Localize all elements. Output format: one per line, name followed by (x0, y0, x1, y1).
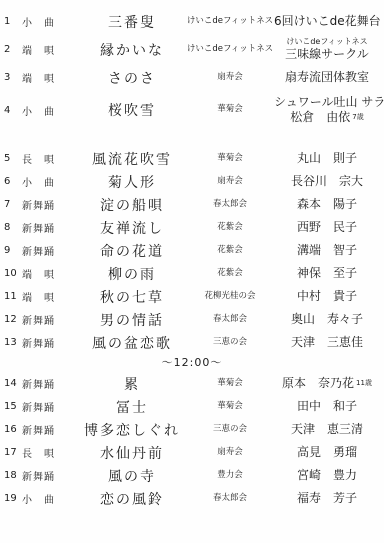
program-row: 17長 唄水仙丹前扇寿会高見 勇瑠 (0, 441, 384, 464)
performer-name: 神保 至子 (274, 266, 380, 281)
piece-title: 友禅流し (78, 218, 186, 238)
program-row: 4小 曲桜吹雪華菊会シュワール吐山 サラ菊8歳松倉 由依7歳 (0, 89, 384, 131)
performer-name-line: 松倉 由依7歳 (274, 110, 380, 125)
piece-title: 三番叟 (78, 12, 186, 32)
performer-name-text: 6回けいこde花舞台 (274, 14, 381, 28)
performer-name-text: 福寿 芳子 (297, 491, 357, 505)
performer-name-text: 奥山 寿々子 (291, 312, 363, 326)
program-row: 8新舞踊友禅流し花紫会西野 民子 (0, 216, 384, 239)
program-row: 7新舞踊淀の船唄春太郎会森本 陽子 (0, 193, 384, 216)
group-name: けいこdeフィットネス (186, 17, 274, 26)
performer-name: 高見 勇瑠 (274, 445, 380, 460)
intermission-time: ～12:00～ (0, 354, 384, 372)
performer-name-text: 天津 恵三清 (291, 422, 363, 436)
group-name: 春太郎会 (186, 494, 274, 503)
performer-name: 福寿 芳子 (274, 491, 380, 506)
piece-title: 桜吹雪 (78, 100, 186, 120)
performer-name: 扇寿流団体教室 (274, 70, 380, 85)
performer-age: 11歳 (356, 379, 372, 387)
group-name: 扇寿会 (186, 73, 274, 82)
performer-name: 中村 貴子 (274, 289, 380, 304)
program-row: 2端 唄縁かいなけいこdeフィットネスけいこdeフィットネス三味線サークル (0, 33, 384, 66)
genre-label: 小 曲 (22, 491, 78, 506)
program-row: 6小 曲菊人形扇寿会長谷川 宗大 (0, 170, 384, 193)
entry-number: 17 (4, 447, 22, 458)
piece-title: 秋の七草 (78, 287, 186, 307)
performer-name-line: 長谷川 宗大 (274, 174, 380, 189)
performer-name-text: けいこdeフィットネス (286, 37, 367, 46)
group-name: 春太郎会 (186, 200, 274, 209)
genre-label: 新舞踊 (22, 422, 78, 437)
piece-title: 男の情話 (78, 310, 186, 330)
group-name: 華菊会 (186, 402, 274, 411)
performer-name: 田中 和子 (274, 399, 380, 414)
performer-name-line: 天津 恵三清 (274, 422, 380, 437)
performer-name-line: 高見 勇瑠 (274, 445, 380, 460)
performer-name: 長谷川 宗大 (274, 174, 380, 189)
performer-age: 7歳 (352, 113, 363, 121)
performer-name: 西野 民子 (274, 220, 380, 235)
entry-number: 8 (4, 222, 22, 233)
performer-name-text: 原本 奈乃花 (282, 376, 354, 390)
genre-label: 新舞踊 (22, 399, 78, 414)
performer-name-line: 奥山 寿々子 (274, 312, 380, 327)
performer-name-text: 溝端 智子 (297, 243, 357, 257)
performer-name: 6回けいこde花舞台 (274, 14, 380, 29)
genre-label: 端 唄 (22, 70, 78, 85)
performer-name-text: 西野 民子 (297, 220, 357, 234)
piece-title: 風の寺 (78, 466, 186, 486)
group-name: 扇寿会 (186, 448, 274, 457)
group-name: 華菊会 (186, 154, 274, 163)
performer-name: 森本 陽子 (274, 197, 380, 212)
entry-number: 14 (4, 378, 22, 389)
performer-name-line: シュワール吐山 サラ菊8歳 (274, 95, 380, 110)
performer-name-line: 扇寿流団体教室 (274, 70, 380, 85)
program-row: 10端 唄柳の雨花紫会神保 至子 (0, 262, 384, 285)
performer-name-line: 福寿 芳子 (274, 491, 380, 506)
performer-name-text: 天津 三恵佳 (291, 335, 363, 349)
piece-title: 恋の風鈴 (78, 489, 186, 509)
program-row: 18新舞踊風の寺豊力会宮崎 豊力 (0, 464, 384, 487)
piece-title: 菊人形 (78, 172, 186, 192)
piece-title: 水仙丹前 (78, 443, 186, 463)
program-row-list: 1小 曲三番叟けいこdeフィットネス6回けいこde花舞台2端 唄縁かいなけいこd… (0, 10, 384, 510)
performer-name: 原本 奈乃花11歳 (274, 376, 380, 391)
genre-label: 端 唄 (22, 266, 78, 281)
program-row: 3端 唄さのさ扇寿会扇寿流団体教室 (0, 66, 384, 89)
performer-name-line: 6回けいこde花舞台 (274, 14, 380, 29)
performer-name-text: 宮崎 豊力 (297, 468, 357, 482)
performer-name: シュワール吐山 サラ菊8歳松倉 由依7歳 (274, 95, 380, 125)
entry-number: 18 (4, 470, 22, 481)
performer-name-text: 神保 至子 (297, 266, 357, 280)
piece-title: 博多恋しぐれ (78, 420, 186, 440)
performer-name-line: 田中 和子 (274, 399, 380, 414)
group-name: 花紫会 (186, 223, 274, 232)
performer-name-text: シュワール吐山 サラ菊 (274, 95, 384, 109)
performer-name: 奥山 寿々子 (274, 312, 380, 327)
genre-label: 小 曲 (22, 14, 78, 29)
program-row: 16新舞踊博多恋しぐれ三恵の会天津 恵三清 (0, 418, 384, 441)
performer-name-text: 森本 陽子 (297, 197, 357, 211)
genre-label: 長 唄 (22, 445, 78, 460)
genre-label: 小 曲 (22, 103, 78, 118)
program-row: 15新舞踊冨士華菊会田中 和子 (0, 395, 384, 418)
performer-name-text: 高見 勇瑠 (297, 445, 357, 459)
piece-title: 風の盆恋歌 (78, 333, 186, 353)
piece-title: さのさ (78, 68, 186, 88)
entry-number: 16 (4, 424, 22, 435)
program-row: 13新舞踊風の盆恋歌三恵の会天津 三恵佳 (0, 331, 384, 354)
performer-name: 天津 恵三清 (274, 422, 380, 437)
group-name: 三恵の会 (186, 338, 274, 347)
piece-title: 縁かいな (78, 40, 186, 60)
performer-name-text: 長谷川 宗大 (291, 174, 363, 188)
performer-name-line: 神保 至子 (274, 266, 380, 281)
entry-number: 19 (4, 493, 22, 504)
entry-number: 3 (4, 72, 22, 83)
group-name: 華菊会 (186, 105, 274, 114)
entry-number: 5 (4, 153, 22, 164)
piece-title: 風流花吹雪 (78, 149, 186, 169)
group-name: 花紫会 (186, 246, 274, 255)
performer-name-line: 森本 陽子 (274, 197, 380, 212)
group-name: けいこdeフィットネス (186, 45, 274, 54)
group-name: 春太郎会 (186, 315, 274, 324)
genre-label: 新舞踊 (22, 243, 78, 258)
performer-name-line: 天津 三恵佳 (274, 335, 380, 350)
entry-number: 15 (4, 401, 22, 412)
program-row: 14新舞踊累華菊会原本 奈乃花11歳 (0, 372, 384, 395)
entry-number: 1 (4, 16, 22, 27)
performer-name: 宮崎 豊力 (274, 468, 380, 483)
piece-title: 淀の船唄 (78, 195, 186, 215)
genre-label: 端 唄 (22, 289, 78, 304)
performer-name: 溝端 智子 (274, 243, 380, 258)
group-name: 華菊会 (186, 379, 274, 388)
performer-name: 丸山 則子 (274, 151, 380, 166)
piece-title: 柳の雨 (78, 264, 186, 284)
performer-name-line: 丸山 則子 (274, 151, 380, 166)
genre-label: 新舞踊 (22, 376, 78, 391)
entry-number: 7 (4, 199, 22, 210)
entry-number: 13 (4, 337, 22, 348)
performer-name: けいこdeフィットネス三味線サークル (274, 37, 380, 62)
group-name: 三恵の会 (186, 425, 274, 434)
piece-title: 累 (78, 374, 186, 394)
group-name: 花紫会 (186, 269, 274, 278)
program-row: 9新舞踊命の花道花紫会溝端 智子 (0, 239, 384, 262)
performer-name-line: 溝端 智子 (274, 243, 380, 258)
program-row: 5長 唄風流花吹雪華菊会丸山 則子 (0, 147, 384, 170)
group-name: 花柳光桂の会 (186, 292, 274, 301)
performer-name-text: 中村 貴子 (297, 289, 357, 303)
performer-name: 天津 三恵佳 (274, 335, 380, 350)
performer-name-line: 宮崎 豊力 (274, 468, 380, 483)
entry-number: 11 (4, 291, 22, 302)
entry-number: 10 (4, 268, 22, 279)
performer-name-text: 松倉 由依 (290, 110, 350, 124)
genre-label: 小 曲 (22, 174, 78, 189)
performer-name-line: 西野 民子 (274, 220, 380, 235)
performer-name-line: 原本 奈乃花11歳 (274, 376, 380, 391)
piece-title: 命の花道 (78, 241, 186, 261)
entry-number: 4 (4, 105, 22, 116)
group-name: 扇寿会 (186, 177, 274, 186)
group-name: 豊力会 (186, 471, 274, 480)
genre-label: 新舞踊 (22, 220, 78, 235)
program-row: 19小 曲恋の風鈴春太郎会福寿 芳子 (0, 487, 384, 510)
entry-number: 9 (4, 245, 22, 256)
genre-label: 端 唄 (22, 42, 78, 57)
performer-name-text: 三味線サークル (285, 47, 369, 61)
entry-number: 6 (4, 176, 22, 187)
program-row: 12新舞踊男の情話春太郎会奥山 寿々子 (0, 308, 384, 331)
performer-name-line: けいこdeフィットネス (274, 37, 380, 47)
genre-label: 新舞踊 (22, 197, 78, 212)
program-page: 1小 曲三番叟けいこdeフィットネス6回けいこde花舞台2端 唄縁かいなけいこd… (0, 0, 384, 543)
program-row: 11端 唄秋の七草花柳光桂の会中村 貴子 (0, 285, 384, 308)
entry-number: 2 (4, 44, 22, 55)
genre-label: 新舞踊 (22, 335, 78, 350)
piece-title: 冨士 (78, 397, 186, 417)
genre-label: 長 唄 (22, 151, 78, 166)
genre-label: 新舞踊 (22, 312, 78, 327)
performer-name-line: 三味線サークル (274, 47, 380, 62)
performer-name-text: 扇寿流団体教室 (285, 70, 369, 84)
performer-name-text: 丸山 則子 (297, 151, 357, 165)
program-row: 1小 曲三番叟けいこdeフィットネス6回けいこde花舞台 (0, 10, 384, 33)
performer-name-text: 田中 和子 (297, 399, 357, 413)
entry-number: 12 (4, 314, 22, 325)
performer-name-line: 中村 貴子 (274, 289, 380, 304)
genre-label: 新舞踊 (22, 468, 78, 483)
